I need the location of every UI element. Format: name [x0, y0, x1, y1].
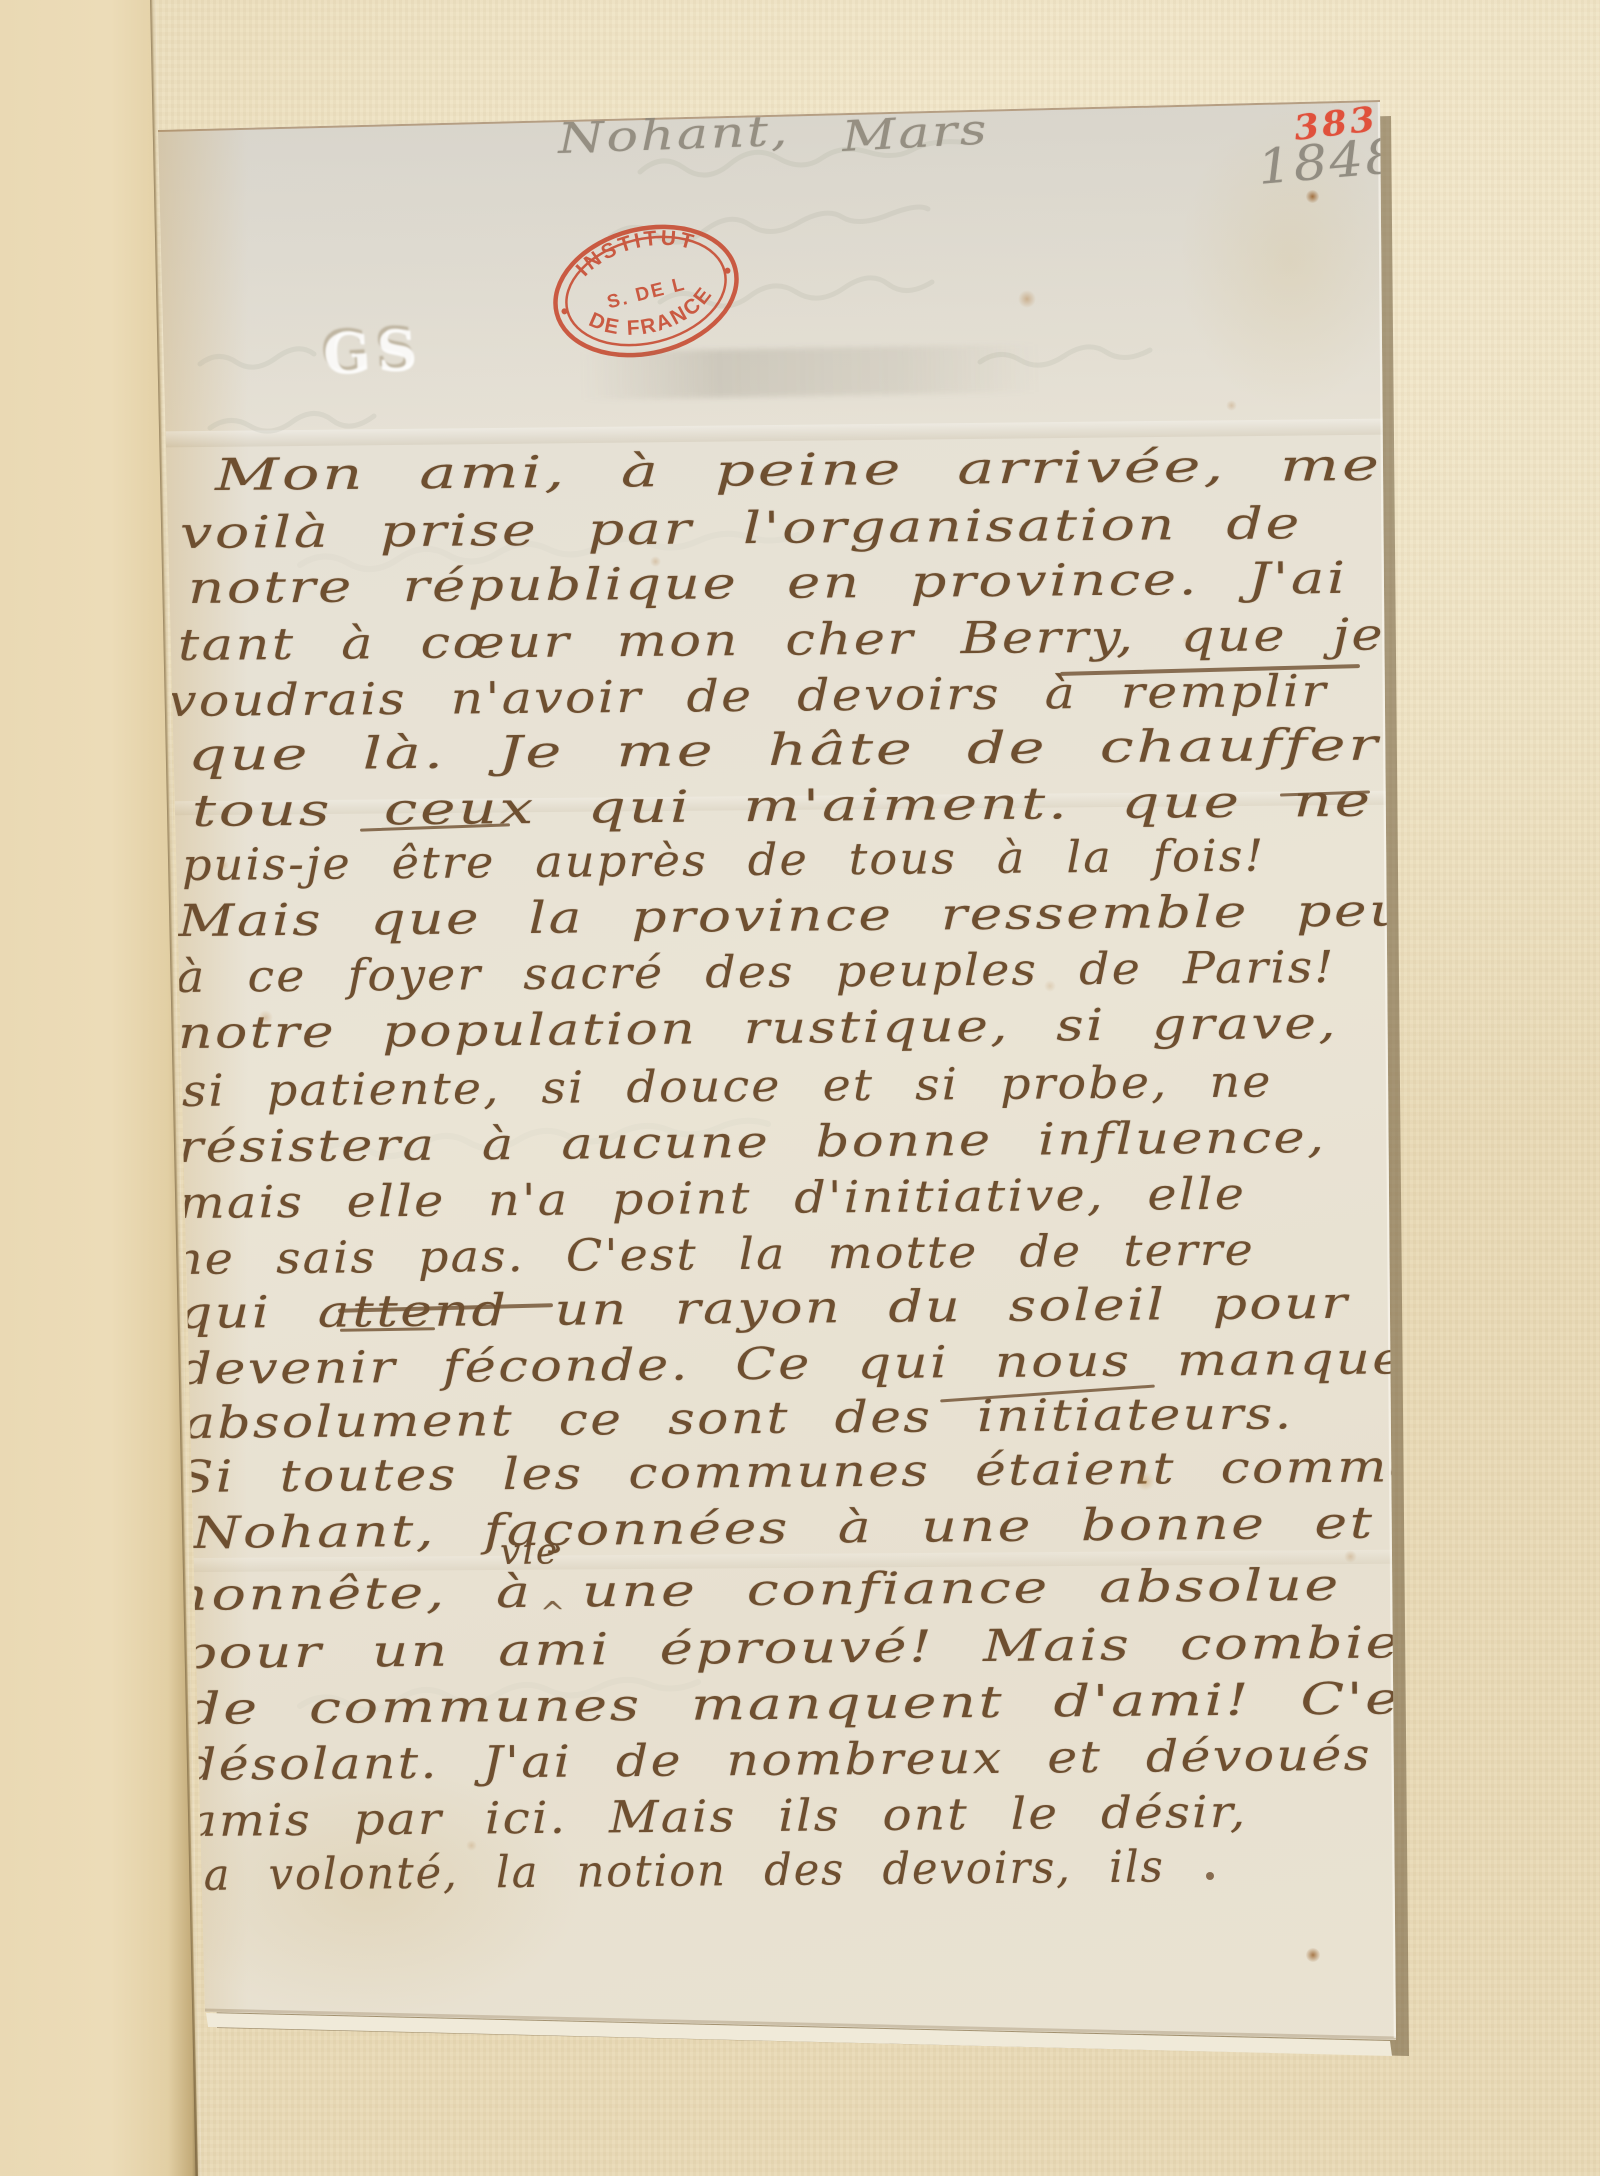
pencil-month: Mars	[841, 104, 990, 161]
manuscript-line: mais elle n'a point d'initiative, elle	[178, 1169, 1247, 1229]
manuscript-line: à ce foyer sacré des peuples de Paris!	[176, 942, 1336, 1003]
manuscript-line: Nohant, façonnées à une bonne et	[192, 1498, 1375, 1559]
scanned-letter-page: 383 Nohant, Mars 1848 INSTITUT DE FRANCE…	[0, 0, 1600, 2176]
pencil-place: Nohant,	[557, 106, 790, 163]
manuscript-line: désolant. J'ai de nombreux et dévoués	[184, 1730, 1372, 1791]
manuscript-line: puis-je être auprès de tous à la fois!	[182, 831, 1266, 891]
manuscript-line: Mais que la province ressemble peu	[178, 885, 1407, 947]
manuscript-line: ne sais pas. C'est la motte de terre	[172, 1225, 1255, 1285]
embossed-monogram: GS	[320, 315, 424, 386]
ink-dot	[1206, 1872, 1214, 1880]
manuscript-line: de communes manquent d'ami! C'est	[184, 1673, 1460, 1735]
manuscript-line: si patiente, si douce et si probe, ne	[182, 1056, 1273, 1117]
graphite-smudge	[580, 344, 1041, 400]
foxing-spot	[1344, 1550, 1357, 1563]
foxing-spot	[1306, 1948, 1320, 1962]
insertion-caret: ^	[540, 1596, 567, 1631]
manuscript-line: voudrais n'avoir de devoirs à remplir	[168, 666, 1328, 727]
foxing-spot	[1226, 400, 1237, 411]
manuscript-line: absolument ce sont des initiateurs.	[184, 1388, 1294, 1449]
manuscript-line: Si toutes les communes étaient comme	[178, 1441, 1422, 1503]
manuscript-line: amis par ici. Mais ils ont le désir,	[188, 1787, 1248, 1847]
manuscript-line: honnête, à une confiance absolue	[172, 1560, 1341, 1621]
manuscript-line: résistera à aucune bonne influence,	[178, 1112, 1327, 1173]
manuscript-line: notre république en province. J'ai	[188, 553, 1348, 614]
manuscript-line: tant à cœur mon cher Berry, que je	[178, 609, 1385, 671]
manuscript-line: voilà prise par l'organisation de	[180, 498, 1302, 559]
manuscript-line: Mon ami, à peine arrivée, me	[215, 440, 1382, 501]
foxing-spot	[1018, 290, 1036, 308]
manuscript-line: notre population rustique, si grave,	[178, 998, 1338, 1059]
manuscript-line: la volonté, la notion des devoirs, ils	[188, 1841, 1165, 1901]
foxing-spot	[1306, 190, 1319, 203]
manuscript-line: pour un ami éprouvé! Mais combien	[180, 1617, 1441, 1679]
manuscript-line: devenir féconde. Ce qui nous manque	[178, 1333, 1406, 1395]
insertion-word: vie	[500, 1531, 560, 1573]
manuscript-line: que là. Je me hâte de chauffer	[188, 720, 1381, 781]
letter-sheet: 383 Nohant, Mars 1848 INSTITUT DE FRANCE…	[0, 0, 1600, 2176]
